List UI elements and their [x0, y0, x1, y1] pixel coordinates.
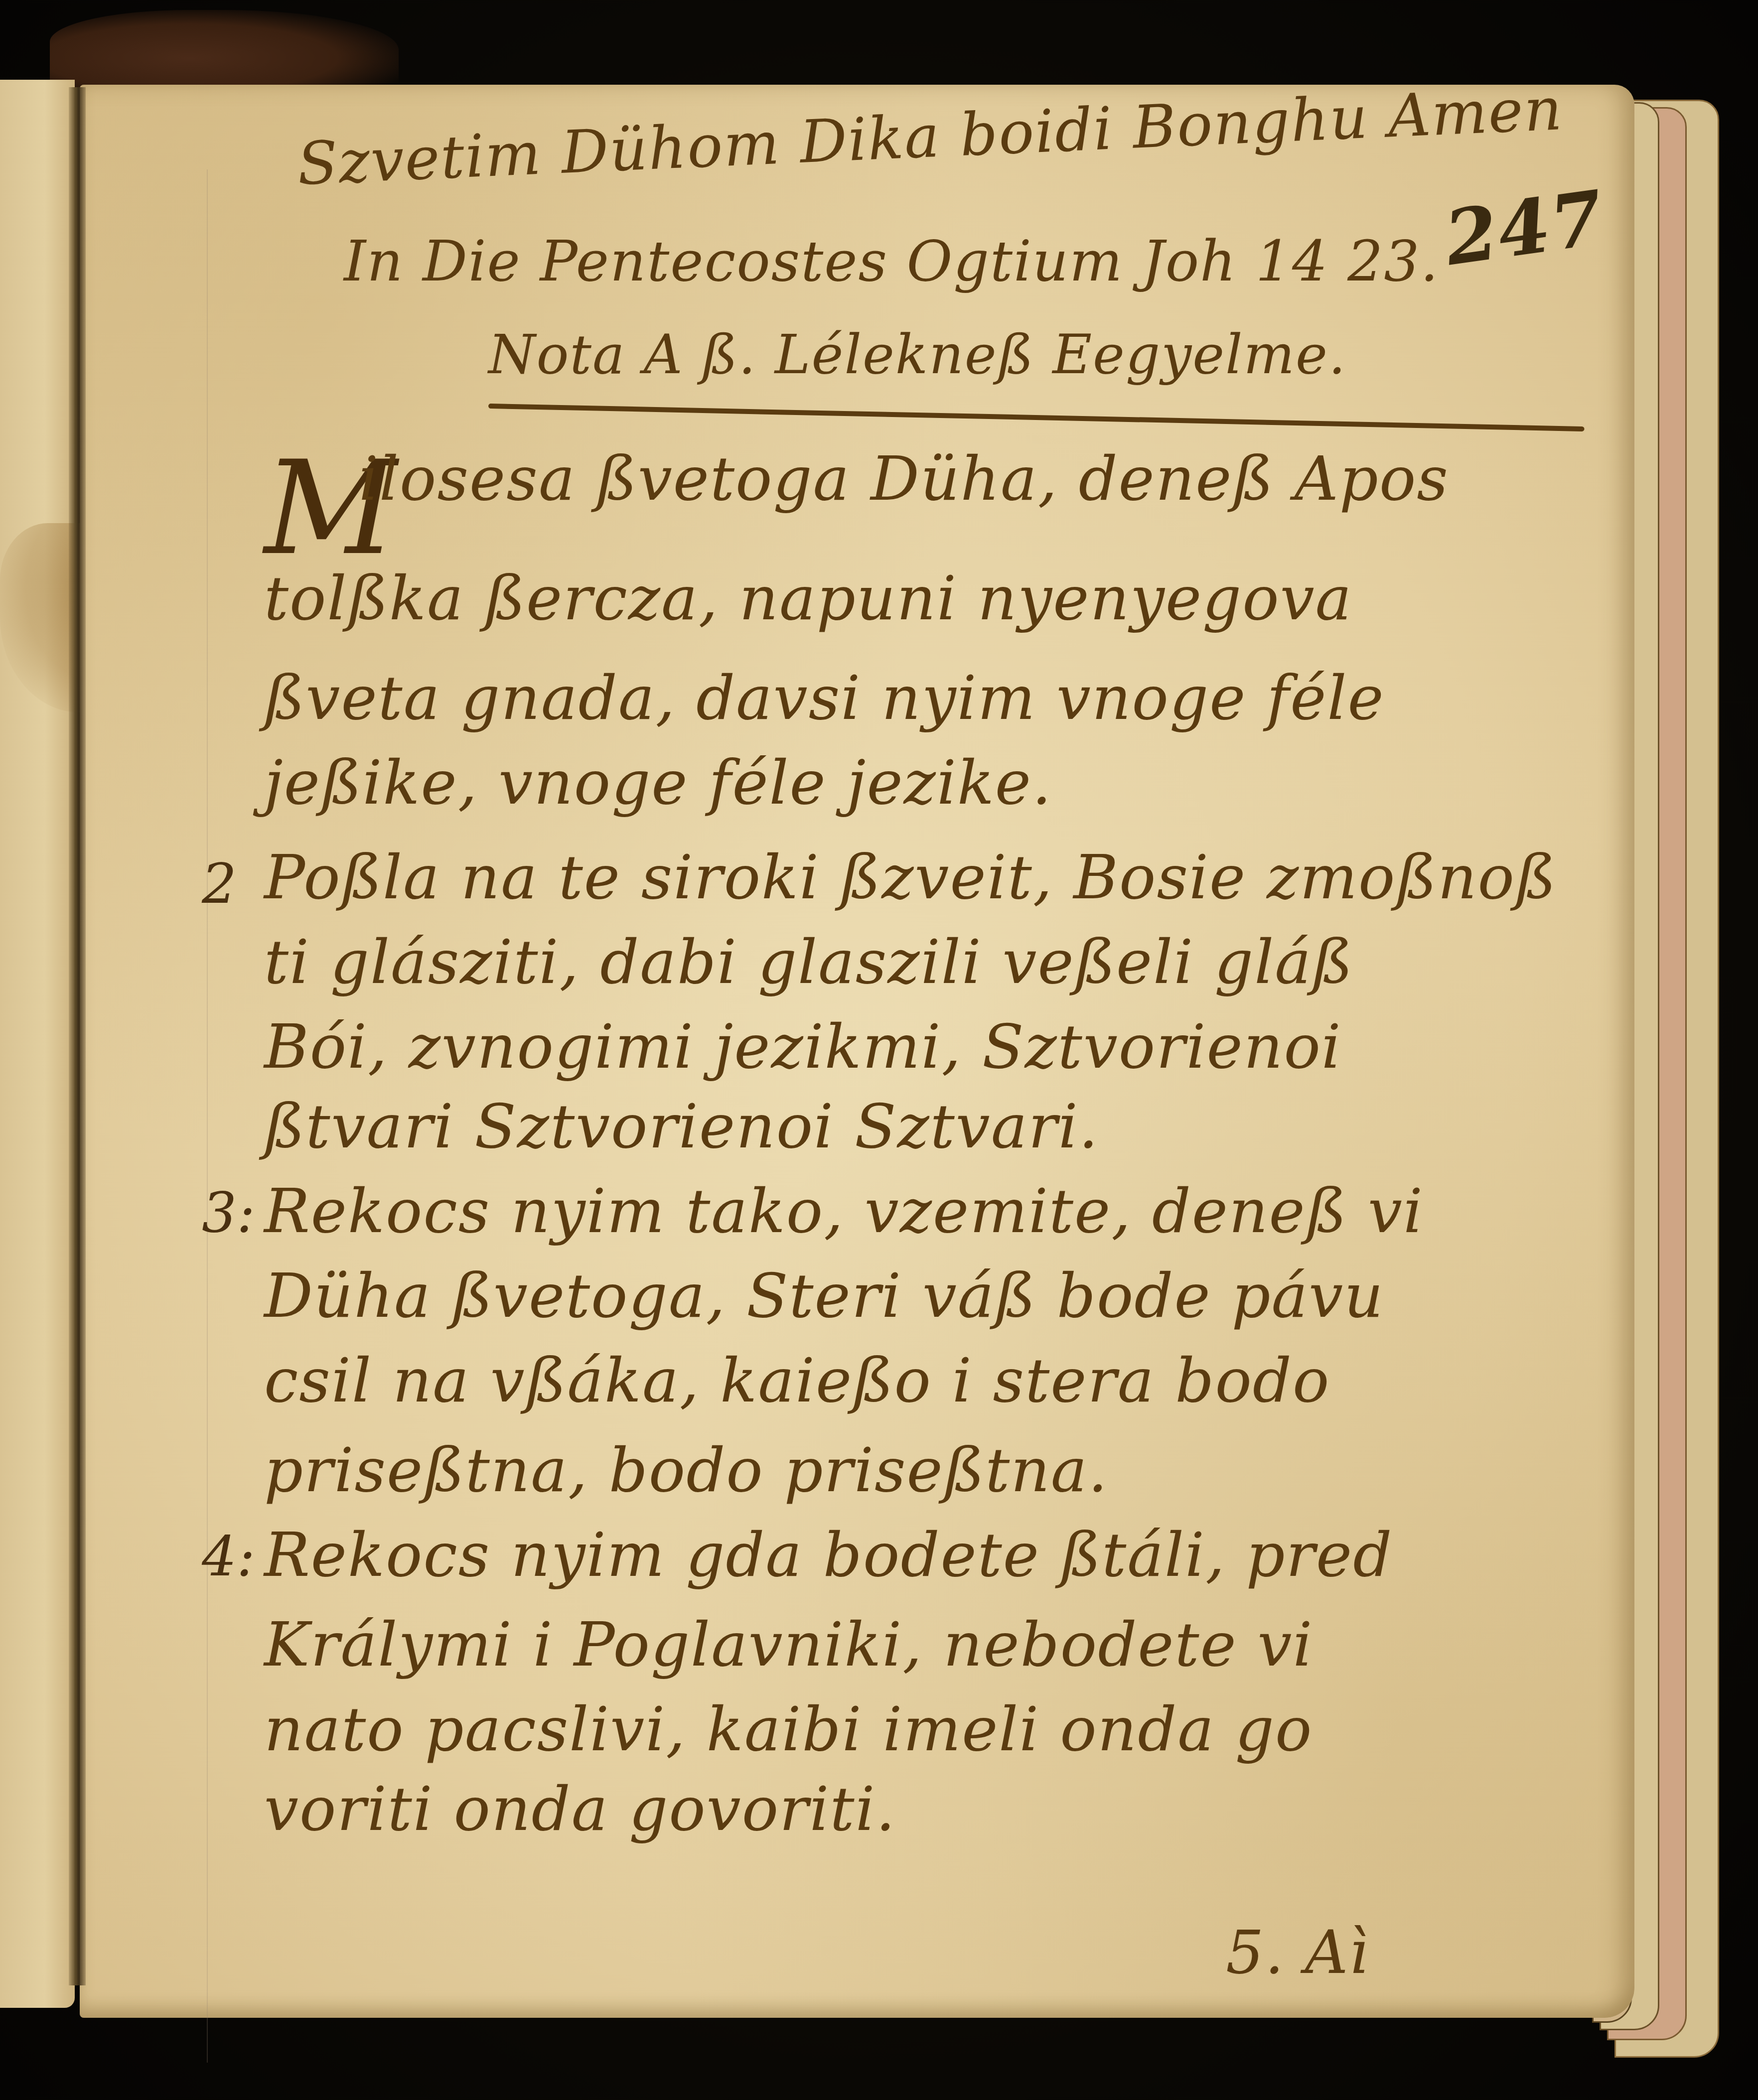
left-page-edge	[0, 80, 75, 2008]
verse-number: 3:	[202, 1181, 255, 1245]
verse-2-line-3: Bói, zvnogimi jezikmi, Sztvorienoi	[264, 1011, 1342, 1082]
verse-3-line-2: Düha ßvetoga, Steri váß bode pávu	[264, 1260, 1384, 1331]
verse-4-line-3: nato pacslivi, kaibi imeli onda go	[264, 1694, 1313, 1765]
verse-4-line-1: Rekocs nyim gda bodete ßtáli, pred	[264, 1520, 1393, 1590]
verse-4-line-4: voriti onda govoriti.	[264, 1774, 896, 1844]
verse-3-line-1: Rekocs nyim tako, vzemite, deneß vi	[264, 1176, 1424, 1247]
manuscript-page: Szvetim Dühom Dika boidi Bonghu Amen 247…	[80, 85, 1634, 2018]
subtitle-underline	[488, 404, 1585, 431]
verse-1-line-1: ilosesa ßvetoga Düha, deneß Apos	[359, 443, 1449, 514]
verse-3-line-3: csil na vßáka, kaießo i stera bodo	[264, 1345, 1330, 1416]
verse-number: 2	[202, 852, 237, 916]
verse-2-line-2: ti glásziti, dabi glaszili veßeli gláß	[264, 927, 1353, 997]
margin-ruling	[207, 169, 208, 2063]
verse-2-line-1: Poßla na te siroki ßzveit, Bosie zmoßnoß	[264, 842, 1557, 913]
verse-3-line-4: priseßtna, bodo priseßtna.	[264, 1435, 1108, 1506]
verse-1-line-4: jeßike, vnoge féle jezike.	[264, 747, 1052, 818]
hymn-title: In Die Pentecostes Ogtium Joh 14 23.	[344, 229, 1439, 294]
verse-1-line-2: tolßka ßercza, napuni nyenyegova	[264, 563, 1352, 634]
book-gutter	[69, 87, 86, 1985]
verse-1-line-3: ßveta gnada, davsi nyim vnoge féle	[264, 663, 1385, 733]
page-number: 247	[1440, 174, 1610, 283]
verse-4-line-2: Králymi i Poglavniki, nebodete vi	[264, 1609, 1313, 1680]
book-spine-fragment	[50, 10, 399, 90]
melody-note: Nota A ß. Lélekneß Eegyelme.	[488, 324, 1346, 386]
header-line: Szvetim Dühom Dika boidi Bonghu Amen	[296, 74, 1564, 198]
catchword: 5. Aì	[1226, 1918, 1369, 1987]
verse-2-line-4: ßtvari Sztvorienoi Sztvari.	[264, 1091, 1099, 1162]
verse-number: 4:	[202, 1525, 255, 1588]
